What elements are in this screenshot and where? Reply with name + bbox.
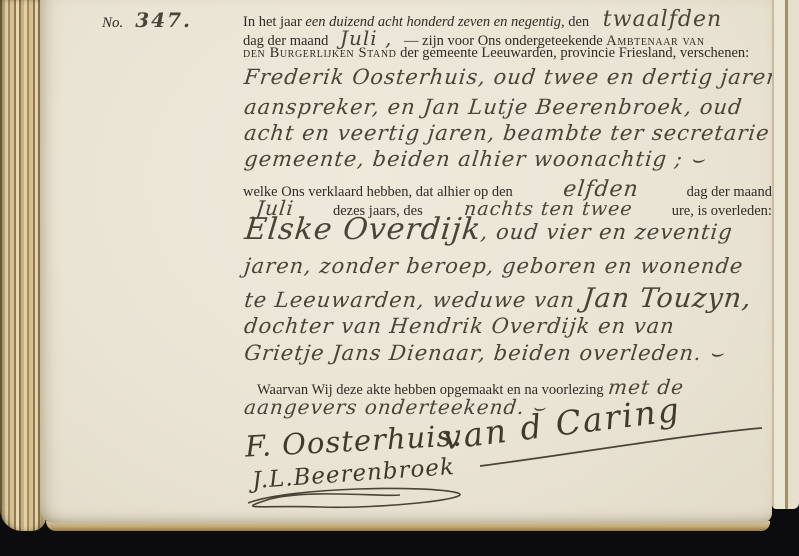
intro-line-3: den Burgerlijken Stand der gemeente Leeu… <box>243 45 772 62</box>
facing-page-edge <box>772 0 799 509</box>
declarants-line-1: Frederik Oosterhuis, oud twee en dertig … <box>243 65 775 89</box>
act-number: No. 347. <box>102 8 192 32</box>
declarants-line-2: aanspreker, en Jan Lutje Beerenbroek, ou… <box>243 95 775 119</box>
deceased-line-2: jaren, zonder beroep, geboren en wonende <box>243 254 775 278</box>
photo-background: No. 347. In het jaar een duizend acht ho… <box>0 0 799 556</box>
declarants-line-4: gemeente, beiden alhier woonachtig ; ⌣ <box>243 147 775 172</box>
signature-official-underline-icon <box>440 426 770 470</box>
deceased-line-5: Grietje Jans Dienaar, beiden overleden. … <box>243 341 775 366</box>
deceased-l3-pre: te Leeuwarden, weduwe van <box>243 288 584 312</box>
declarants-line-3: acht en veertig jaren, beambte ter secre… <box>243 121 775 145</box>
deceased-line-3: te Leeuwarden, weduwe van Jan Touzyn, <box>243 283 775 314</box>
deceased-line-1: Elske Overdijk, oud vier en zeventig <box>243 212 776 247</box>
act-number-value: 347. <box>135 8 192 32</box>
deceased-l1-rest: , oud vier en zeventig <box>480 220 734 244</box>
deceased-name: Elske Overdijk <box>243 212 483 247</box>
intro-l3-smallcaps: den Burgerlijken Stand <box>243 45 396 61</box>
spouse-name: Jan Touzyn, <box>581 283 753 314</box>
death-certificate-page: No. 347. In het jaar een duizend acht ho… <box>40 0 772 523</box>
signature-flourish-icon <box>230 483 480 517</box>
act-number-label: No. <box>102 15 123 31</box>
deceased-line-4: dochter van Hendrik Overdijk en van <box>243 314 775 338</box>
intro-l3-print: der gemeente Leeuwarden, provincie Fries… <box>396 45 749 61</box>
